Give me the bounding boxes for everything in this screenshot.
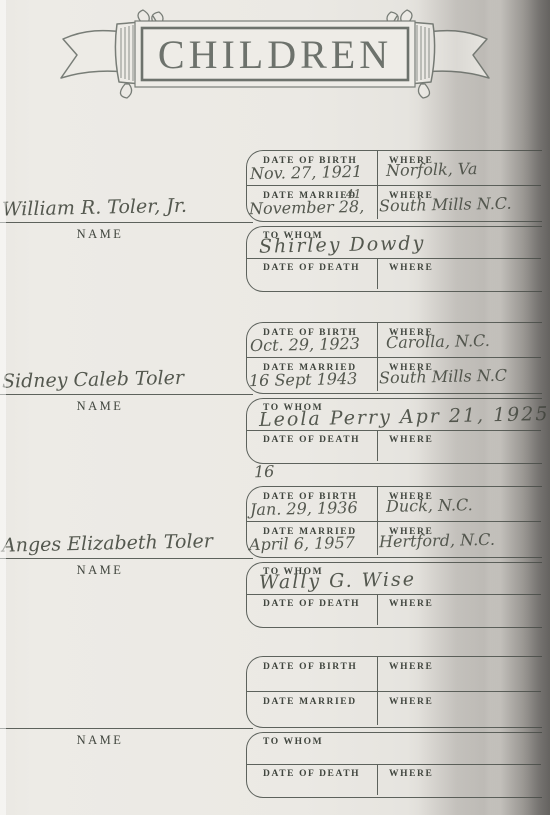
marriage-date-handwriting: November 28,	[249, 197, 365, 218]
page-title: CHILDREN	[137, 30, 413, 80]
row-divider-line	[247, 594, 541, 595]
name-label: NAME	[30, 563, 170, 578]
where-label: WHERE	[389, 263, 433, 273]
child-name-handwriting: Anges Elizabeth Toler	[2, 529, 252, 556]
column-divider-line	[377, 431, 378, 461]
name-label: NAME	[30, 733, 170, 748]
child-name-handwriting	[2, 699, 252, 704]
column-divider-line	[377, 595, 378, 625]
where-label: WHERE	[389, 435, 433, 445]
column-divider-line	[377, 323, 378, 391]
name-label: NAME	[30, 399, 170, 414]
column-divider-line	[377, 657, 378, 725]
column-divider-line	[377, 259, 378, 289]
row-divider-line	[247, 764, 541, 765]
row-divider-line	[247, 691, 541, 692]
title-banner: CHILDREN	[55, 8, 495, 100]
where-label: WHERE	[389, 662, 433, 672]
child-record-block: DATE OF BIRTH WHERE DATE MARRIED WHERE N…	[0, 656, 550, 801]
name-line	[0, 728, 253, 729]
spouse-name-handwriting: Shirley Dowdy	[259, 232, 426, 257]
birth-date-handwriting: Nov. 27, 1921	[250, 162, 363, 183]
marriage-place-handwriting: South Mills N.C.	[379, 194, 512, 216]
page-edge-highlight	[0, 0, 6, 815]
birth-date-handwriting: Oct. 29, 1923	[250, 334, 360, 355]
child-name-handwriting: William R. Toler, Jr.	[2, 193, 252, 220]
column-divider-line	[377, 487, 378, 555]
where-label: WHERE	[389, 697, 433, 707]
date-of-death-label: DATE OF DEATH	[263, 435, 360, 445]
child-record-block: DATE OF BIRTH WHERE DATE MARRIED WHERE N…	[0, 322, 550, 467]
marriage-place-handwriting: South Mills N.C	[379, 366, 507, 388]
row-divider-line	[247, 185, 541, 186]
row-divider-line	[247, 258, 541, 259]
date-of-death-label: DATE OF DEATH	[263, 263, 360, 273]
child-record-block: DATE OF BIRTH WHERE DATE MARRIED WHERE N…	[0, 486, 550, 631]
date-of-death-label: DATE OF DEATH	[263, 599, 360, 609]
date-of-birth-label: DATE OF BIRTH	[263, 662, 357, 672]
leaf-icon	[120, 84, 131, 98]
name-line	[0, 558, 253, 559]
margin-note-handwriting: 16	[254, 462, 275, 481]
birth-place-handwriting: Carolla, N.C.	[386, 331, 490, 352]
name-label: NAME	[30, 227, 170, 242]
column-divider-line	[377, 151, 378, 219]
marriage-place-handwriting: Hertford, N.C.	[379, 530, 495, 551]
child-record-block: DATE OF BIRTH WHERE DATE MARRIED WHERE N…	[0, 150, 550, 295]
date-married-label: DATE MARRIED	[263, 697, 357, 707]
date-of-death-label: DATE OF DEATH	[263, 769, 360, 779]
leaf-icon	[418, 84, 429, 98]
birth-place-handwriting: Duck, N.C.	[386, 495, 473, 516]
birth-date-handwriting: Jan. 29, 1936	[250, 498, 358, 519]
name-line	[0, 394, 253, 395]
marriage-date-handwriting: 16 Sept 1943	[249, 369, 358, 390]
child-name-handwriting: Sidney Caleb Toler	[2, 365, 252, 392]
row-divider-line	[247, 521, 541, 522]
name-line	[0, 222, 253, 223]
to-whom-label: TO WHOM	[263, 737, 323, 747]
marriage-date-handwriting: April 6, 1957	[249, 533, 355, 554]
where-label: WHERE	[389, 599, 433, 609]
row-divider-line	[247, 357, 541, 358]
column-divider-line	[377, 765, 378, 795]
birth-place-handwriting: Norfolk, Va	[386, 159, 478, 180]
where-label: WHERE	[389, 769, 433, 779]
spouse-name-handwriting: Wally G. Wise	[259, 568, 416, 593]
